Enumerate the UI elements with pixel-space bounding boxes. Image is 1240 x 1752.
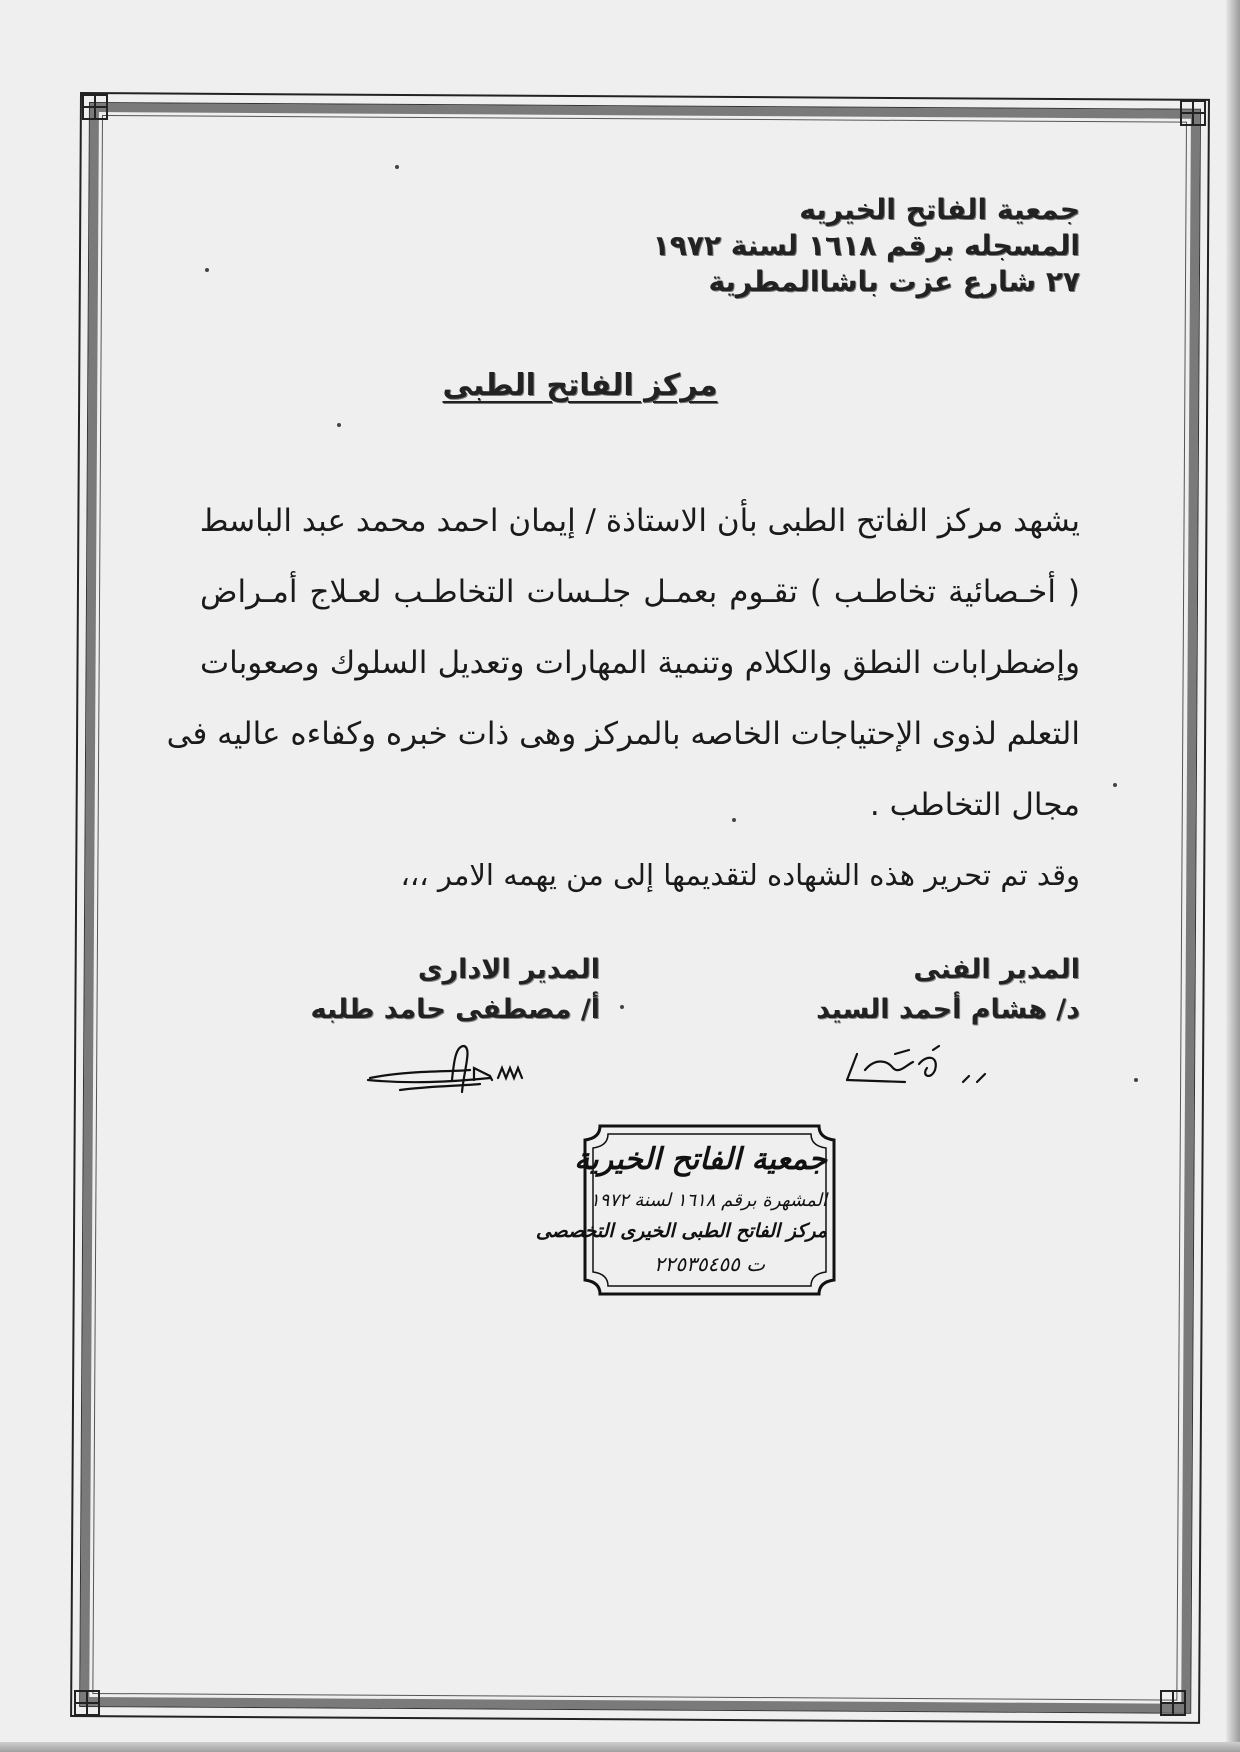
frame-corner-ornament-top-left xyxy=(82,94,108,120)
frame-corner-ornament-bottom-right xyxy=(1160,1690,1186,1716)
body-line: يشهد مركز الفاتح الطبى بأن الاستاذة / إي… xyxy=(200,486,1080,557)
signatory-technical-director: المدير الفنى د/ هشام أحمد السيد xyxy=(816,950,1080,1030)
body-line: ( أخـصائية تخاطـب ) تقـوم بعمـل جلـسات ا… xyxy=(200,557,1080,628)
frame-inner-border xyxy=(92,115,1187,1701)
signatory-role: المدير الاداری xyxy=(311,950,600,990)
official-stamp: جمعية الفاتح الخيرية المشهرة برقم ١٦١٨ ل… xyxy=(572,1120,847,1300)
scanned-page: جمعية الفاتح الخيريه المسجله برقم ١٦١٨ ل… xyxy=(0,0,1240,1752)
document-title: مركز الفاتح الطبى xyxy=(200,368,1080,403)
letterhead: جمعية الفاتح الخيريه المسجله برقم ١٦١٨ ل… xyxy=(653,192,1080,300)
frame-corner-ornament-bottom-left xyxy=(74,1690,100,1716)
signatory-name: د/ هشام أحمد السيد xyxy=(816,990,1080,1030)
body-line: مجال التخاطب . xyxy=(200,770,1080,841)
signatory-name: أ/ مصطفى حامد طلبه xyxy=(311,990,600,1030)
scan-speck xyxy=(1113,783,1117,787)
certificate-body: يشهد مركز الفاتح الطبى بأن الاستاذة / إي… xyxy=(200,486,1080,841)
scan-speck xyxy=(395,165,399,169)
signature-administrative-director xyxy=(360,1040,560,1104)
scan-speck xyxy=(205,268,209,272)
signature-technical-director xyxy=(835,1040,1035,1094)
body-line: التعلم لذوى الإحتياجات الخاصه بالمركز وه… xyxy=(200,699,1080,770)
frame-corner-ornament-top-right xyxy=(1180,100,1206,126)
body-line: وإضطرابات النطق والكلام وتنمية المهارات … xyxy=(200,628,1080,699)
stamp-center-name: مركز الفاتح الطبى الخيرى التخصصى xyxy=(592,1220,827,1242)
signatory-role: المدير الفنى xyxy=(816,950,1080,990)
organization-name: جمعية الفاتح الخيريه xyxy=(653,192,1080,228)
scan-speck xyxy=(1134,1078,1138,1082)
scan-edge-bottom xyxy=(0,1742,1240,1752)
scan-edge-right xyxy=(1226,0,1240,1752)
closing-statement: وقد تم تحرير هذه الشهاده لتقديمها إلى من… xyxy=(401,858,1080,892)
organization-address: ٢٧ شارع عزت باشاالمطرية xyxy=(653,264,1080,300)
scan-speck xyxy=(620,1005,624,1009)
scan-speck xyxy=(337,423,341,427)
stamp-organization: جمعية الفاتح الخيرية xyxy=(592,1142,827,1177)
registration-number: المسجله برقم ١٦١٨ لسنة ١٩٧٢ xyxy=(653,228,1080,264)
stamp-phone: ت ٢٢٥٣٥٤٥٥ xyxy=(592,1252,827,1276)
signatory-administrative-director: المدير الاداری أ/ مصطفى حامد طلبه xyxy=(311,950,600,1030)
stamp-registration: المشهرة برقم ١٦١٨ لسنة ١٩٧٢ xyxy=(592,1190,827,1211)
document-title-text: مركز الفاتح الطبى xyxy=(443,368,718,403)
